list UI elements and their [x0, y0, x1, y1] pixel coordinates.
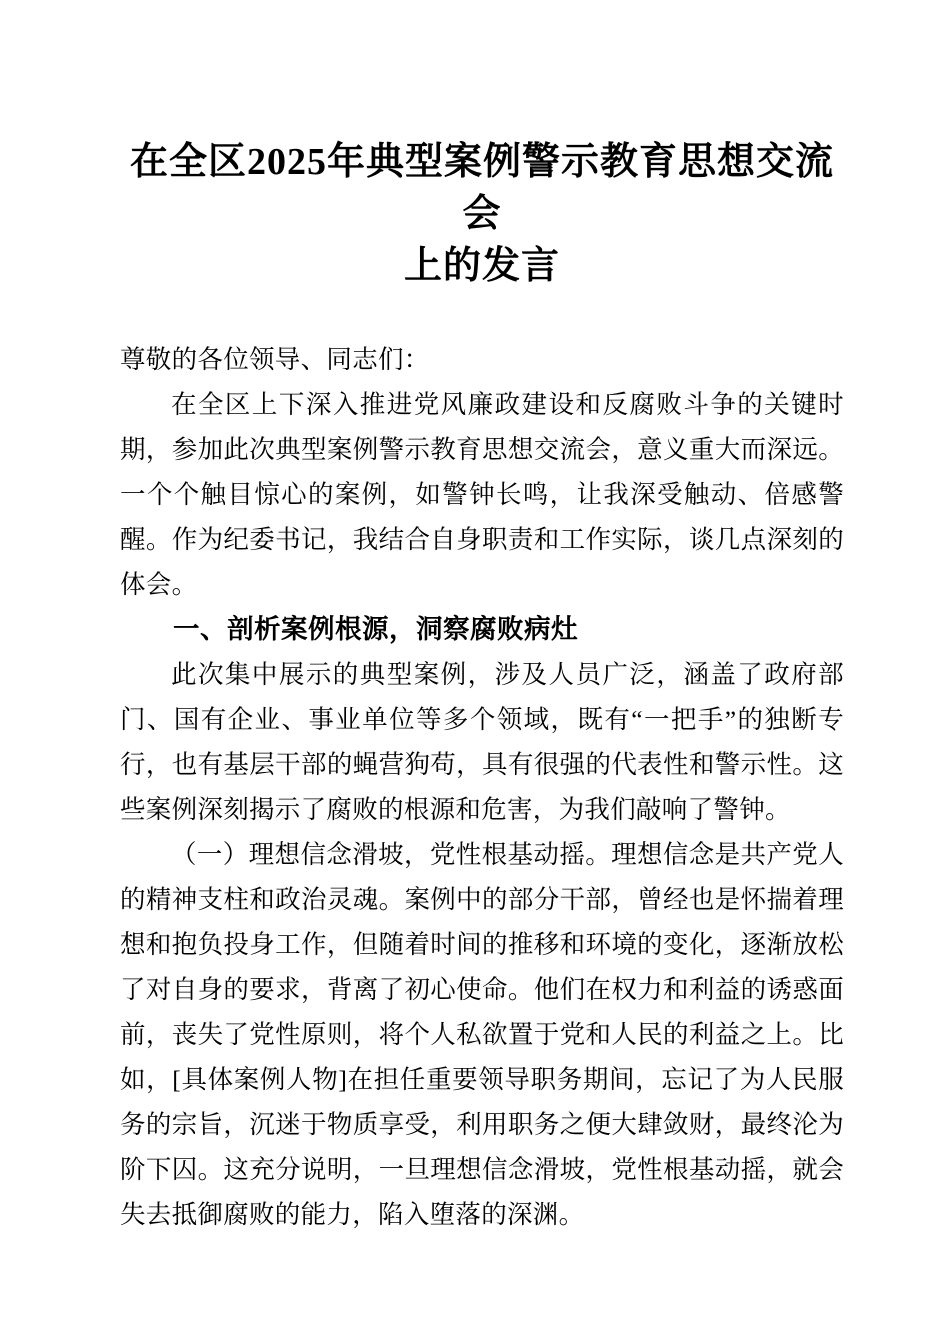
- document-title-line-2: 上的发言: [120, 240, 844, 292]
- body-paragraph: （一）理想信念滑坡，党性根基动摇。理想信念是共产党人的精神支柱和政治灵魂。案例中…: [120, 832, 844, 1237]
- document-title: 在全区2025年典型案例警示教育思想交流会 上的发言: [120, 136, 844, 292]
- document-page: 在全区2025年典型案例警示教育思想交流会 上的发言 尊敬的各位领导、同志们：在…: [0, 0, 950, 1344]
- section-heading: 一、剖析案例根源，洞察腐败病灶: [120, 607, 844, 652]
- body-paragraph: 此次集中展示的典型案例，涉及人员广泛，涵盖了政府部门、国有企业、事业单位等多个领…: [120, 652, 844, 832]
- document-body: 尊敬的各位领导、同志们：在全区上下深入推进党风廉政建设和反腐败斗争的关键时期，参…: [120, 337, 844, 1237]
- salutation-line: 尊敬的各位领导、同志们：: [120, 337, 844, 382]
- body-paragraph: 在全区上下深入推进党风廉政建设和反腐败斗争的关键时期，参加此次典型案例警示教育思…: [120, 382, 844, 607]
- document-title-line-1: 在全区2025年典型案例警示教育思想交流会: [120, 136, 844, 240]
